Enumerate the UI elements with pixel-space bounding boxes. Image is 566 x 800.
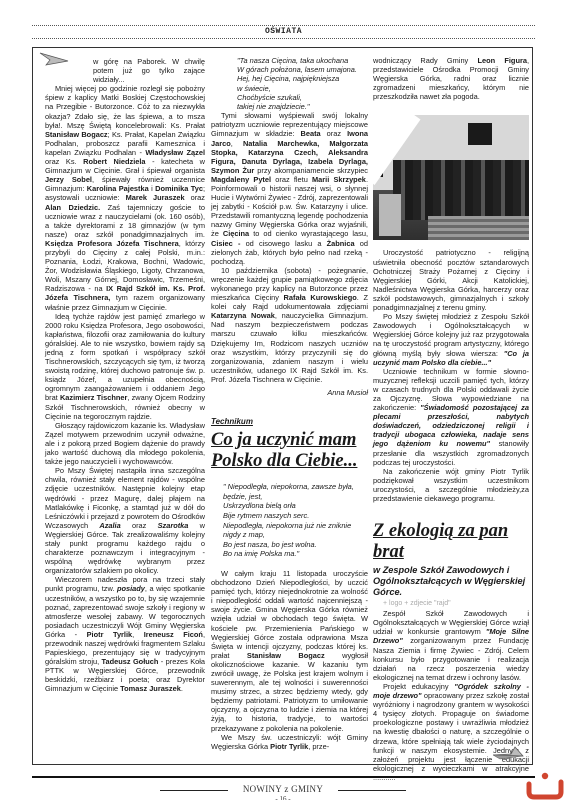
footer-rule-right bbox=[338, 790, 406, 791]
paragraph: Projekt edukacyjny "Ogródek szkolny - mo… bbox=[373, 682, 529, 782]
column-3: wodniczący Rady Gminy Leon Figura, przed… bbox=[373, 56, 529, 782]
column-1: w górę na Paborek. W chwilę potem już go… bbox=[45, 57, 205, 694]
paragraph: Wieczorem nadeszła pora na trzeci stały … bbox=[45, 575, 205, 693]
paragraph: Uroczystość patriotyczno - religijną uśw… bbox=[373, 248, 529, 312]
author-signature: Anna Musioł bbox=[211, 388, 368, 397]
lead-paragraph: w górę na Paborek. W chwilę potem już go… bbox=[45, 57, 205, 84]
paragraph: Zespół Szkół Zawodowych i Ogólnokształcą… bbox=[373, 609, 529, 682]
section-header: OŚWIATA bbox=[32, 24, 535, 42]
article-frame: w górę na Paborek. W chwilę potem już go… bbox=[32, 47, 533, 765]
paragraph: We Mszy św. uczestniczyli: wójt Gminy Wę… bbox=[211, 733, 368, 751]
paragraph: 10 października (sobota) - pożegnanie, w… bbox=[211, 266, 368, 384]
paragraph: W całym kraju 11 listopada uroczyście ob… bbox=[211, 569, 368, 733]
section-title: OŚWIATA bbox=[32, 27, 535, 36]
page-number: - 16 - bbox=[260, 795, 306, 800]
continuation-arrow-icon bbox=[492, 746, 524, 760]
editor-note: + logo + zdjecie "rajd" bbox=[373, 599, 529, 608]
song-quote: "Ta nasza Cięcina, taka ukochana W górac… bbox=[211, 56, 368, 111]
brand-logo-icon bbox=[525, 770, 565, 800]
paragraph: Po Mszy świętej młodzież z Zespołu Szkół… bbox=[373, 312, 529, 367]
article-kicker: Technikum bbox=[211, 417, 368, 426]
article-subheadline: w Zespole Szkół Zawodowych i Ogólnokszta… bbox=[373, 565, 529, 598]
paragraph: Ideą tychże rajdów jest pamięć zmarłego … bbox=[45, 312, 205, 421]
footer-rule bbox=[32, 776, 535, 778]
paragraph: Po Mszy Świętej nastąpiła inna szczególn… bbox=[45, 466, 205, 575]
article-headline-ecology: Z ekologią za pan brat bbox=[373, 521, 529, 563]
article-photo bbox=[373, 115, 529, 240]
paragraph: Tymi słowami wyśpiewali swój lokalny pat… bbox=[211, 111, 368, 266]
paragraph: Na zakończenie wójt gminy Piotr Tyrlik p… bbox=[373, 467, 529, 503]
paragraph: Uczniowie technikum w formie słowno-muzy… bbox=[373, 367, 529, 467]
poem-quote: " Niepodległa, niepokorna, zawsze była, … bbox=[211, 482, 368, 559]
footer-rule-left bbox=[160, 790, 228, 791]
paragraph: Głoszący rajdowiczom kazanie ks. Władysł… bbox=[45, 421, 205, 466]
dotted-rule-top bbox=[32, 25, 535, 26]
paragraph: Mniej więcej po godzinie rozległ się pob… bbox=[45, 84, 205, 311]
column-2: "Ta nasza Cięcina, taka ukochana W górac… bbox=[211, 56, 368, 751]
paragraph: wodniczący Rady Gminy Leon Figura, przed… bbox=[373, 56, 529, 101]
dotted-rule-bottom bbox=[32, 38, 535, 39]
publication-title: NOWINY z GMINY bbox=[230, 784, 336, 794]
article-headline: Co ja uczynić mam Polsko dla Ciebie... bbox=[211, 430, 368, 472]
